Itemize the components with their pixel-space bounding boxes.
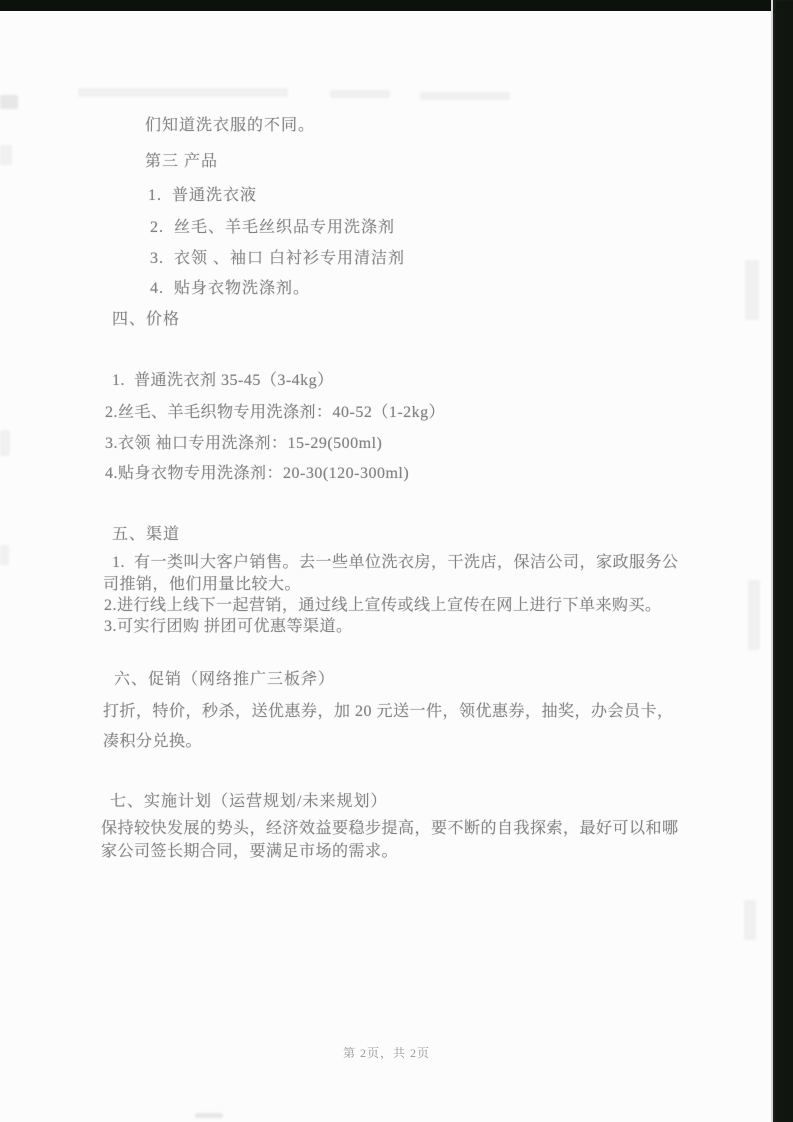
- scan-artifact: [748, 580, 760, 650]
- promotion-line: 凑积分兑换。: [103, 732, 202, 752]
- scan-border-top: [0, 0, 793, 11]
- scan-border-right: [771, 0, 793, 1122]
- plan-line: 家公司签长期合同，要满足市场的需求。: [101, 842, 398, 862]
- scan-artifact: [195, 1113, 223, 1118]
- channels-line: 司推销，他们用量比较大。: [103, 575, 301, 595]
- channels-line: 2.进行线上线下一起营销，通过线上宣传或线上宣传在网上进行下单来购买。: [104, 596, 662, 616]
- scan-artifact: [78, 88, 288, 97]
- product-item: 4. 贴身衣物洗涤剂。: [150, 279, 310, 299]
- scan-artifact: [744, 900, 756, 940]
- product-item: 1. 普通洗衣液: [148, 186, 257, 206]
- pricing-item: 4.贴身衣物专用洗涤剂：20-30(120-300ml): [105, 464, 409, 484]
- scan-artifact: [0, 430, 10, 456]
- channels-heading: 五、渠道: [112, 525, 180, 545]
- scan-artifact: [0, 95, 18, 109]
- pricing-item: 1. 普通洗衣剂 35-45（3-4kg）: [112, 371, 334, 391]
- scan-artifact: [745, 260, 759, 320]
- scan-artifact: [420, 92, 510, 100]
- plan-heading: 七、实施计划（运营规划/未来规划）: [110, 792, 387, 812]
- intro-line: 们知道洗衣服的不同。: [145, 116, 315, 136]
- scan-artifact: [0, 545, 9, 565]
- product-item: 3. 衣领 、袖口 白衬衫专用清洁剂: [150, 249, 405, 269]
- promotion-heading: 六、促销（网络推广三板斧）: [114, 670, 335, 690]
- pricing-item: 3.衣领 袖口专用洗涤剂：15-29(500ml): [105, 434, 382, 454]
- page-number-footer: 第 2页，共 2页: [343, 1044, 430, 1061]
- channels-line: 1. 有一类叫大客户销售。去一些单位洗衣房，干洗店，保洁公司，家政服务公: [112, 553, 679, 573]
- scanned-document-screenshot: { "page": { "background": "#fbfbfb", "sc…: [0, 0, 793, 1122]
- pricing-item: 2.丝毛、羊毛织物专用洗涤剂：40-52（1-2kg）: [105, 403, 445, 423]
- scan-artifact: [330, 90, 390, 98]
- promotion-line: 打折，特价，秒杀，送优惠券，加 20 元送一件，领优惠券，抽奖，办会员卡，: [103, 702, 674, 722]
- channels-line: 3.可实行团购 拼团可优惠等渠道。: [104, 617, 353, 637]
- scan-artifact: [0, 145, 12, 165]
- plan-line: 保持较快发展的势头，经济效益要稳步提高，要不断的自我探索，最好可以和哪: [101, 819, 679, 839]
- product-item: 2. 丝毛、羊毛丝织品专用洗涤剂: [150, 218, 395, 238]
- products-heading: 第三 产品: [145, 152, 218, 172]
- pricing-heading: 四、价格: [112, 310, 180, 330]
